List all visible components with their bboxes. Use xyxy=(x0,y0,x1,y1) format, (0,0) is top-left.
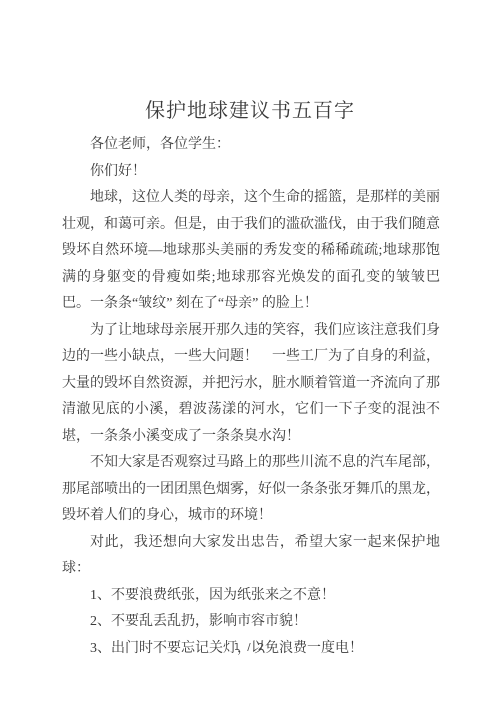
paragraph: 为了让地球母亲展开那久违的笑容，我们应该注意我们身边的一些小缺点，一些大问题！ … xyxy=(62,318,440,451)
page-indicator: 1 / 2 xyxy=(0,642,500,653)
list-item-1: 1、不要浪费纸张，因为纸张来之不意！ xyxy=(62,583,440,610)
paragraph: 地球，这位人类的母亲，这个生命的摇篮，是那样的美丽壮观，和蔼可亲。但是，由于我们… xyxy=(62,185,440,318)
paragraph: 对此，我还想向大家发出忠告，希望大家一起来保护地球： xyxy=(62,530,440,583)
paragraph-salutation: 各位老师，各位学生： xyxy=(62,132,440,159)
paragraph-greeting: 你们好！ xyxy=(62,159,440,186)
list-item-2: 2、不要乱丢乱扔，影响市容市貌！ xyxy=(62,609,440,636)
page-title: 保护地球建议书五百字 xyxy=(0,94,500,123)
document-page: 保护地球建议书五百字 各位老师，各位学生： 你们好！ 地球，这位人类的母亲，这个… xyxy=(0,0,500,708)
paragraph: 不知大家是否观察过马路上的那些川流不息的汽车尾部，那尾部喷出的一团团黑色烟雾，好… xyxy=(62,450,440,530)
document-body: 各位老师，各位学生： 你们好！ 地球，这位人类的母亲，这个生命的摇篮，是那样的美… xyxy=(62,132,440,662)
